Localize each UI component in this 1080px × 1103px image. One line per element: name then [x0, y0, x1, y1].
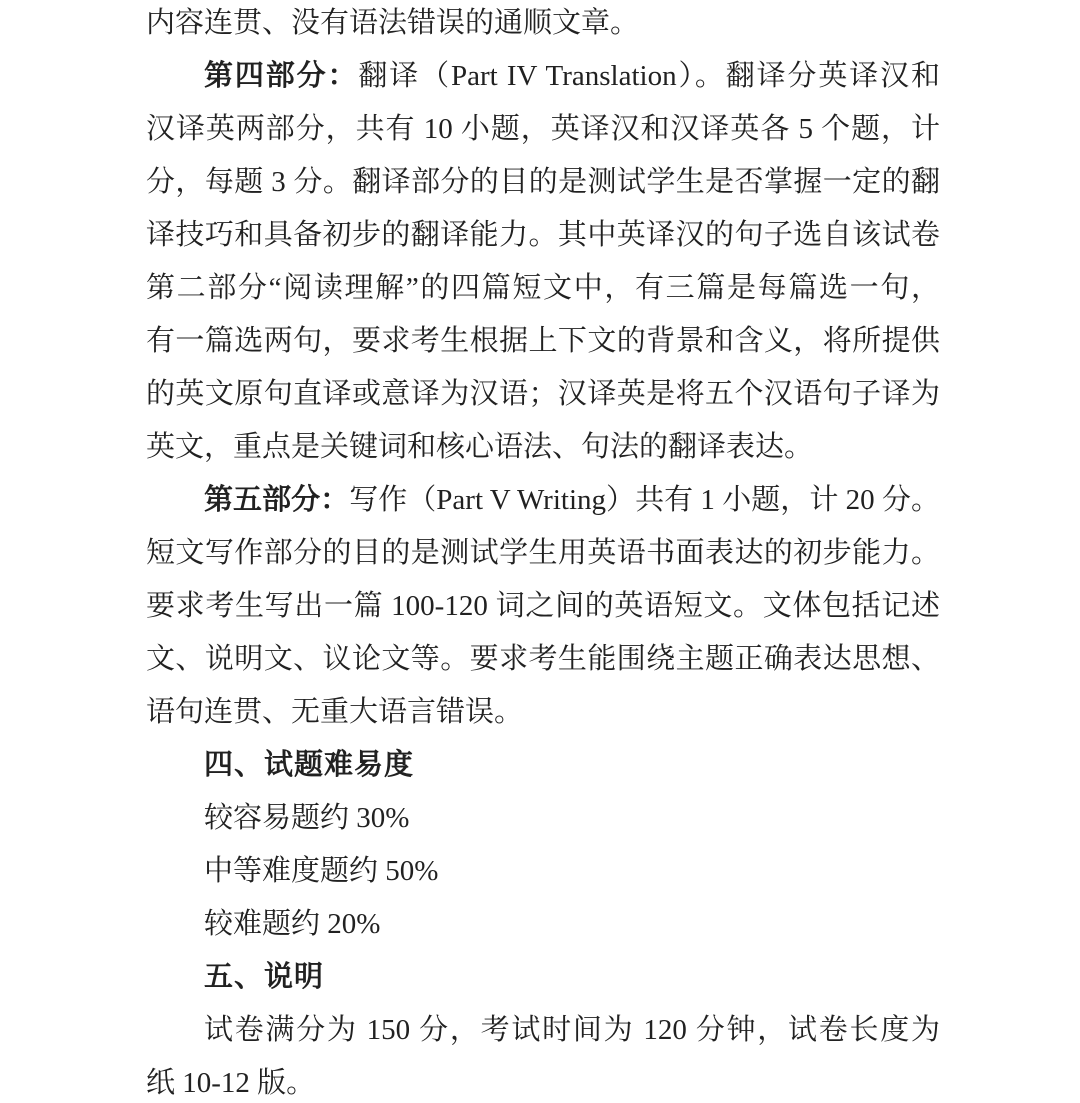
text-line: 英文，重点是关键词和核心语法、句法的翻译表达。	[146, 421, 940, 474]
text-line: 第五部分：写作（Part V Writing）共有 1 小题，计 20 分。	[146, 474, 940, 527]
text-line: 译技巧和具备初步的翻译能力。其中英译汉的句子选自该试卷	[146, 209, 940, 262]
text-line: 第四部分：翻译（Part IV Translation）。翻译分英译汉和	[146, 50, 940, 103]
text-segment: 写作（Part V Writing）共有 1 小题，计 20 分。	[349, 484, 940, 516]
text-segment: 翻译（Part IV Translation）。翻译分英译汉和	[358, 60, 940, 92]
text-segment: 译技巧和具备初步的翻译能力。其中英译汉的句子选自该试卷	[146, 219, 940, 251]
text-segment: 短文写作部分的目的是测试学生用英语书面表达的初步能力。	[146, 537, 940, 569]
text-segment: 汉译英两部分，共有 10 小题，英译汉和汉译英各 5 个题，计 30	[146, 113, 940, 156]
text-line: 中等难度题约 50%	[146, 845, 940, 898]
text-line: 分，每题 3 分。翻译部分的目的是测试学生是否掌握一定的翻	[146, 156, 940, 209]
text-line: 较难题约 20%	[146, 898, 940, 951]
text-line: 纸 10-12 版。	[146, 1057, 940, 1103]
text-segment: 较难题约 20%	[204, 908, 380, 940]
text-line: 有一篇选两句，要求考生根据上下文的背景和含义，将所提供	[146, 315, 940, 368]
text-segment: 较容易题约 30%	[204, 802, 409, 834]
section-heading: 四、试题难易度	[146, 739, 940, 792]
text-line: 第二部分“阅读理解”的四篇短文中，有三篇是每篇选一句，	[146, 262, 940, 315]
text-segment: 第二部分“阅读理解”的四篇短文中，有三篇是每篇选一句，	[146, 272, 940, 304]
text-segment: 内容连贯、没有语法错误的通顺文章。	[146, 7, 639, 39]
text-segment: 要求考生写出一篇 100-120 词之间的英语短文。文体包括记述	[146, 590, 940, 622]
text-line: 语句连贯、无重大语言错误。	[146, 686, 940, 739]
text-line: 汉译英两部分，共有 10 小题，英译汉和汉译英各 5 个题，计 30	[146, 103, 940, 156]
bold-lead-in: 五、说明	[204, 961, 324, 993]
text-line: 试卷满分为 150 分，考试时间为 120 分钟，试卷长度为 A4	[146, 1004, 940, 1057]
text-segment: 分，每题 3 分。翻译部分的目的是测试学生是否掌握一定的翻	[146, 166, 940, 198]
text-segment: 英文，重点是关键词和核心语法、句法的翻译表达。	[146, 431, 813, 463]
text-segment: 的英文原句直译或意译为汉语；汉译英是将五个汉语句子译为	[146, 378, 940, 410]
bold-lead-in: 四、试题难易度	[204, 749, 414, 781]
document-page: 内容连贯、没有语法错误的通顺文章。第四部分：翻译（Part IV Transla…	[0, 0, 1080, 1103]
text-line: 较容易题约 30%	[146, 792, 940, 845]
text-segment: 文、说明文、议论文等。要求考生能围绕主题正确表达思想、	[146, 643, 940, 675]
text-segment: 语句连贯、无重大语言错误。	[146, 696, 523, 728]
text-line: 内容连贯、没有语法错误的通顺文章。	[146, 0, 940, 50]
text-segment: 有一篇选两句，要求考生根据上下文的背景和含义，将所提供	[146, 325, 940, 357]
document-text-block: 内容连贯、没有语法错误的通顺文章。第四部分：翻译（Part IV Transla…	[146, 0, 940, 1103]
text-line: 要求考生写出一篇 100-120 词之间的英语短文。文体包括记述	[146, 580, 940, 633]
text-segment: 试卷满分为 150 分，考试时间为 120 分钟，试卷长度为 A4	[146, 1014, 940, 1057]
text-segment: 纸 10-12 版。	[146, 1067, 315, 1099]
bold-lead-in: 第五部分：	[204, 484, 349, 516]
section-heading: 五、说明	[146, 951, 940, 1004]
text-line: 短文写作部分的目的是测试学生用英语书面表达的初步能力。	[146, 527, 940, 580]
bold-lead-in: 第四部分：	[204, 60, 358, 92]
text-line: 的英文原句直译或意译为汉语；汉译英是将五个汉语句子译为	[146, 368, 940, 421]
text-line: 文、说明文、议论文等。要求考生能围绕主题正确表达思想、	[146, 633, 940, 686]
text-segment: 中等难度题约 50%	[204, 855, 438, 887]
